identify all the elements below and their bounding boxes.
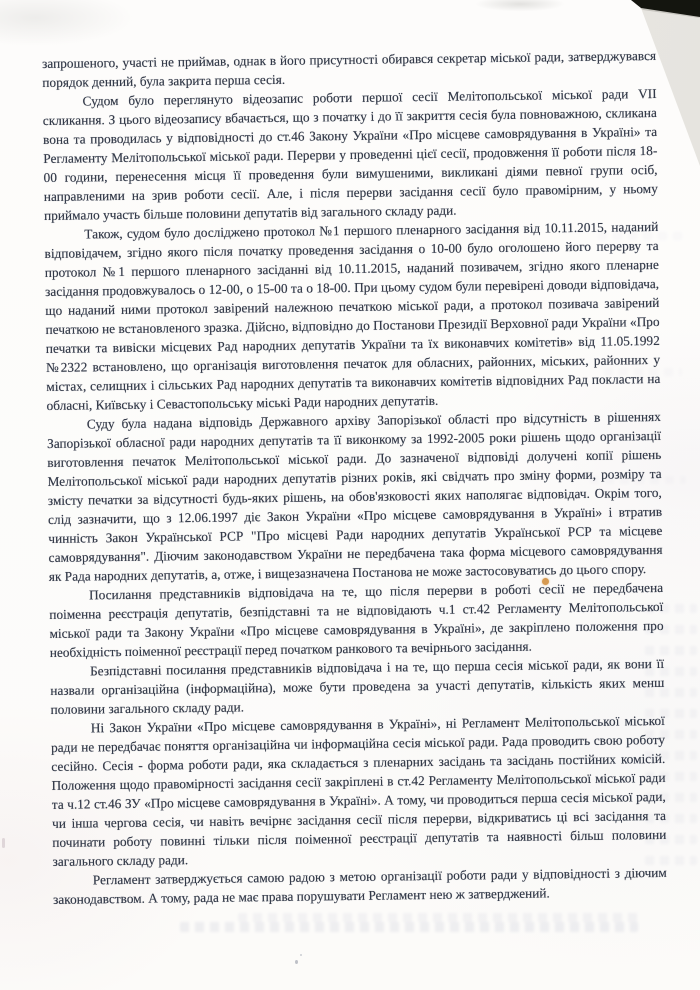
paragraph-2: Судом було переглянуто відеозапис роботи… xyxy=(42,84,658,225)
bleedthrough-ghost-row xyxy=(180,922,638,932)
stain-dot xyxy=(542,578,549,585)
scan-edge-black-strip xyxy=(0,0,700,20)
bleedthrough-ghost-row xyxy=(238,913,638,922)
paragraph-4: Суду була надана відповідь Державного ар… xyxy=(47,407,663,586)
paragraph-5: Посилання представників відповідача на т… xyxy=(49,578,664,662)
paragraph-8: Регламент затверджується самою радою з м… xyxy=(53,863,667,909)
scan-speck xyxy=(300,954,302,956)
paragraph-7: Ні Закон України «Про місцеве самоврядув… xyxy=(51,711,667,871)
scan-speck xyxy=(2,838,5,848)
scanned-document-page: запрошеного, участі не приймав, однак в … xyxy=(0,0,700,990)
scan-speck xyxy=(295,960,298,964)
document-text-block: запрошеного, участі не приймав, однак в … xyxy=(42,46,667,909)
paragraph-3: Також, судом було досліджено протокол №1… xyxy=(44,217,660,415)
paragraph-6: Безпідставні посилання представників від… xyxy=(50,654,665,719)
